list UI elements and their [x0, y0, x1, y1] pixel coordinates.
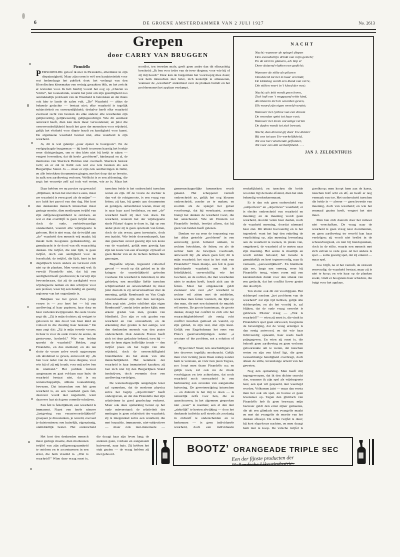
scan-speckle	[28, 441, 30, 443]
double-rule-icon	[369, 439, 374, 465]
bottle-icon	[356, 440, 366, 464]
title-divider	[144, 62, 172, 63]
paragraph: Denken we nu eens de toepassing van het …	[174, 232, 234, 346]
paragraph: PERSOONLIJK geloof ik niet in Pirandello…	[36, 71, 128, 142]
masthead-rule-top	[31, 29, 376, 30]
section-heading: Pirandello	[36, 65, 128, 69]
advert-headline: BOOTZ’ ORANGEADE TRIPLE SEC	[187, 439, 339, 456]
poem-stanza: Nacht: wanneer de spiegel diepen Den avo…	[255, 51, 371, 68]
poem-stanza: Wanneer het rythme van een droom De woor…	[255, 110, 371, 127]
poem-signature: JAN J. ZELDENTHUIS	[234, 150, 352, 155]
paragraph: Daar hebben we nu precies op gewacht! „M…	[36, 187, 96, 296]
scan-speckle	[29, 63, 31, 65]
poem-stanza: Wanneer de stilte als pilaren Omsluierd …	[255, 70, 371, 87]
bottle-icon	[160, 440, 170, 464]
scan-speckle	[31, 142, 33, 144]
newspaper-page: 6 DE GROENE AMSTERDAMMER VAN 2 JULI 1927…	[0, 0, 400, 557]
masthead: 6 DE GROENE AMSTERDAMMER VAN 2 JULI 1927…	[31, 17, 376, 28]
advert-frame: BOOTZ’ ORANGEADE TRIPLE SEC Een der fijn…	[173, 437, 353, 466]
paragraph: Er is dan ook geen onderscheid van „subj…	[243, 201, 303, 289]
bottom-columns: Het kost den denkenden mensch maar gerin…	[36, 435, 149, 463]
intro-columns: Pirandello PERSOONLIJK geloof ik niet in…	[36, 65, 230, 186]
double-rule-icon	[152, 439, 157, 465]
paragraph: Ten slotte: ook dit zal voorbijgaan. Het…	[243, 290, 303, 369]
masthead-title: DE GROENE AMSTERDAMMER VAN 2 JULI 1927	[31, 18, 376, 28]
intro-paragraph-list: PERSOONLIJK geloof ik niet in Pirandello…	[36, 65, 230, 186]
bottom-paragraph-list: Het kost den denkenden mensch maar gerin…	[36, 435, 149, 463]
scan-speckle	[28, 205, 30, 207]
advert-brand: BOOTZ’	[187, 443, 229, 455]
poem-stanza-list: Nacht: wanneer de spiegel diepen Den avo…	[255, 51, 371, 148]
paragraph: Men late zich daarom door het rumoer nie…	[312, 219, 372, 263]
paragraph: Begaafde wijzen, ingesteld collectief ge…	[105, 262, 165, 380]
advert-product: ORANGEADE TRIPLE SEC	[233, 445, 339, 454]
article-title: Grepen	[58, 34, 258, 51]
poem-stanza: Nacht; als inkt wordt geen leven, Zich h…	[255, 90, 371, 107]
scan-speckle	[27, 104, 29, 107]
scan-speckle	[31, 398, 33, 400]
scan-speckle	[29, 349, 31, 351]
body-paragraph-list: Daar hebben we nu precies op gewacht! „M…	[36, 187, 372, 433]
advert-tagline: Een der fijnste producten der Hollandsch…	[174, 455, 352, 466]
scan-speckle	[30, 468, 32, 470]
advert: BOOTZ’ ORANGEADE TRIPLE SEC Een der fijn…	[152, 436, 374, 467]
scan-speckle	[30, 262, 32, 264]
poem-title: NACHT	[234, 42, 371, 47]
paragraph: Bekijken we het geval. Een jonge vrouw i…	[36, 297, 96, 402]
body-columns: Daar hebben we nu precies op gewacht! „M…	[36, 187, 372, 433]
paragraph: Zoo blijft, na al het vernuft, de slotso…	[312, 263, 372, 285]
issue-number: No. 2613	[359, 18, 375, 28]
article-byline: door CARRY VAN BRUGGEN	[58, 52, 258, 59]
scan-speckle	[22, 13, 25, 19]
scan-speckle	[27, 306, 29, 308]
paragraph: Het kost den denkenden mensch maar gerin…	[36, 435, 149, 463]
poem-stanza: Nacht, dan droomt gij door Uw duister Bi…	[255, 130, 371, 147]
masthead-rule-bottom	[31, 32, 376, 33]
poem-box: NACHT Nacht: wanneer de spiegel diepen D…	[233, 36, 374, 180]
